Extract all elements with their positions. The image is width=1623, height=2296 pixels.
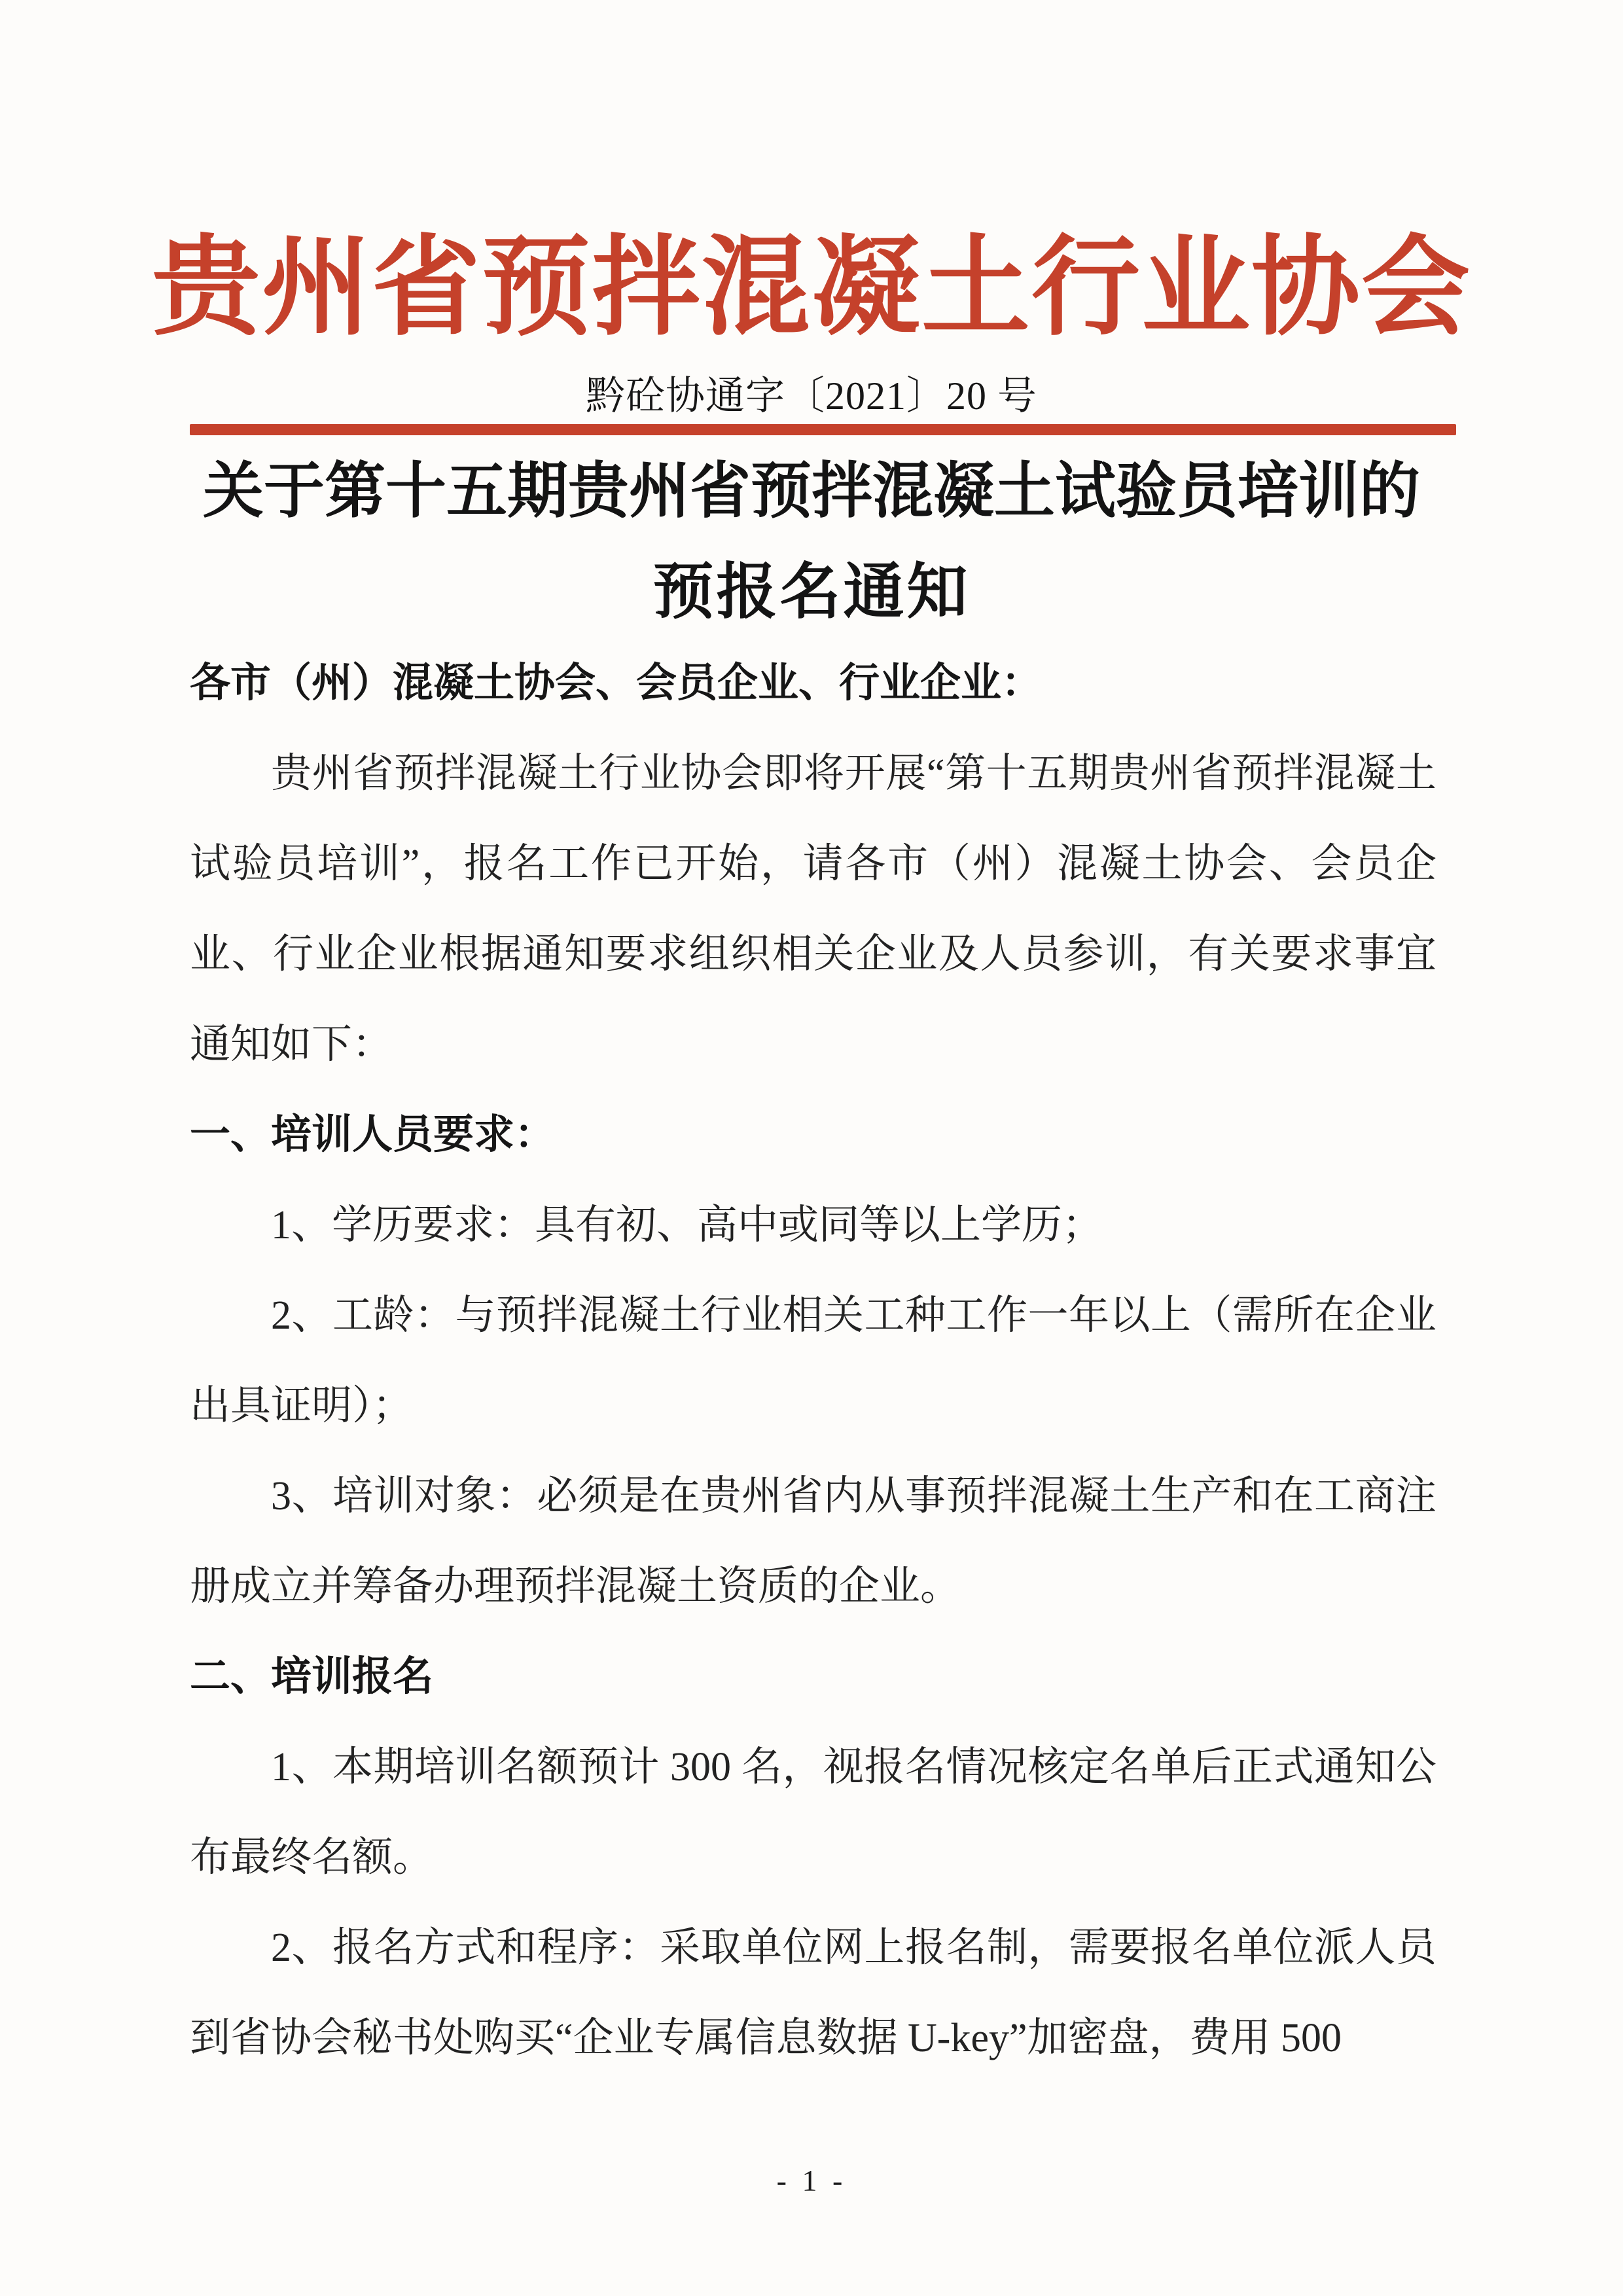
document-page: 贵州省预拌混凝土行业协会 黔砼协通字〔2021〕20 号 关于第十五期贵州省预拌… <box>0 0 1623 2296</box>
section-heading-2: 二、培训报名 <box>190 1632 1436 1722</box>
paragraph-enrollment-1: 1、本期培训名额预计 300 名，视报名情况核定名单后正式通知公布最终名额。 <box>190 1722 1436 1903</box>
doc-reference-number: 黔砼协通字〔2021〕20 号 <box>0 370 1623 422</box>
section-heading-1: 一、培训人员要求： <box>190 1090 1436 1180</box>
doc-title: 关于第十五期贵州省预拌混凝土试验员培训的 预报名通知 <box>92 454 1531 628</box>
paragraph-requirement-3: 3、培训对象：必须是在贵州省内从事预拌混凝土生产和在工商注册成立并筹备办理预拌混… <box>190 1451 1436 1632</box>
red-separator-line <box>190 424 1456 435</box>
salutation-line: 各市（州）混凝土协会、会员企业、行业企业： <box>190 638 1436 728</box>
doc-title-line1: 关于第十五期贵州省预拌混凝土试验员培训的 <box>92 454 1531 528</box>
doc-title-line2: 预报名通知 <box>92 555 1531 628</box>
paragraph-requirement-1: 1、学历要求：具有初、高中或同等以上学历； <box>190 1180 1436 1270</box>
org-letterhead-title: 贵州省预拌混凝土行业协会 <box>0 223 1623 353</box>
paragraph-requirement-2: 2、工龄：与预拌混凝土行业相关工种工作一年以上（需所在企业出具证明）； <box>190 1270 1436 1451</box>
paragraph-enrollment-2: 2、报名方式和程序：采取单位网上报名制，需要报名单位派人员到省协会秘书处购买“企… <box>190 1903 1436 2083</box>
page-number: - 1 - <box>0 2163 1623 2198</box>
paragraph-intro: 贵州省预拌混凝土行业协会即将开展“第十五期贵州省预拌混凝土试验员培训”，报名工作… <box>190 728 1436 1090</box>
document-body: 各市（州）混凝土协会、会员企业、行业企业： 贵州省预拌混凝土行业协会即将开展“第… <box>190 638 1436 2083</box>
